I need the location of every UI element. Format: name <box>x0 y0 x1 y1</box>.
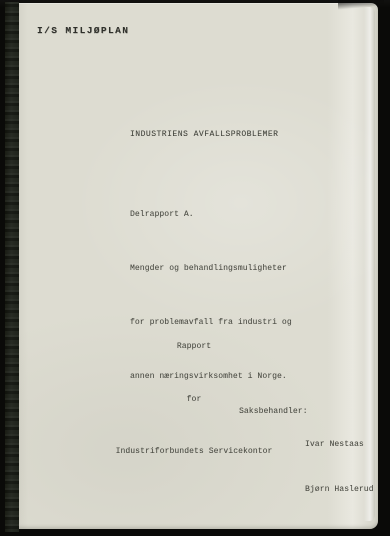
subtitle-line: Mengder og behandlingsmuligheter <box>130 260 292 278</box>
binding-strip <box>5 2 19 532</box>
case-handler-label: Saksbehandler: <box>239 407 308 416</box>
corner-shadow <box>338 0 384 10</box>
scanned-cover: I/S MILJØPLAN INDUSTRIENS AVFALLSPROBLEM… <box>0 0 390 536</box>
report-title: INDUSTRIENS AVFALLSPROBLEMER <box>130 130 278 139</box>
report-for-line: Rapport <box>99 338 289 356</box>
case-handler-block: Saksbehandler: Ivar Nestaas Bjørn Hasler… <box>239 407 268 443</box>
report-for-line: for <box>99 391 289 409</box>
report-for-line: Industriforbundets Servicekontor <box>99 443 289 461</box>
case-handler-names: Ivar Nestaas Bjørn Haslerud <box>305 407 374 527</box>
case-handler-name: Bjørn Haslerud <box>305 482 374 497</box>
case-handler-name: Ivar Nestaas <box>305 437 374 452</box>
subtitle-line: Delrapport A. <box>130 206 292 224</box>
report-cover-page: I/S MILJØPLAN INDUSTRIENS AVFALLSPROBLEM… <box>17 3 378 529</box>
publisher-logo: I/S MILJØPLAN <box>37 25 129 36</box>
report-for-block: Rapport for Industriforbundets Serviceko… <box>99 303 289 496</box>
